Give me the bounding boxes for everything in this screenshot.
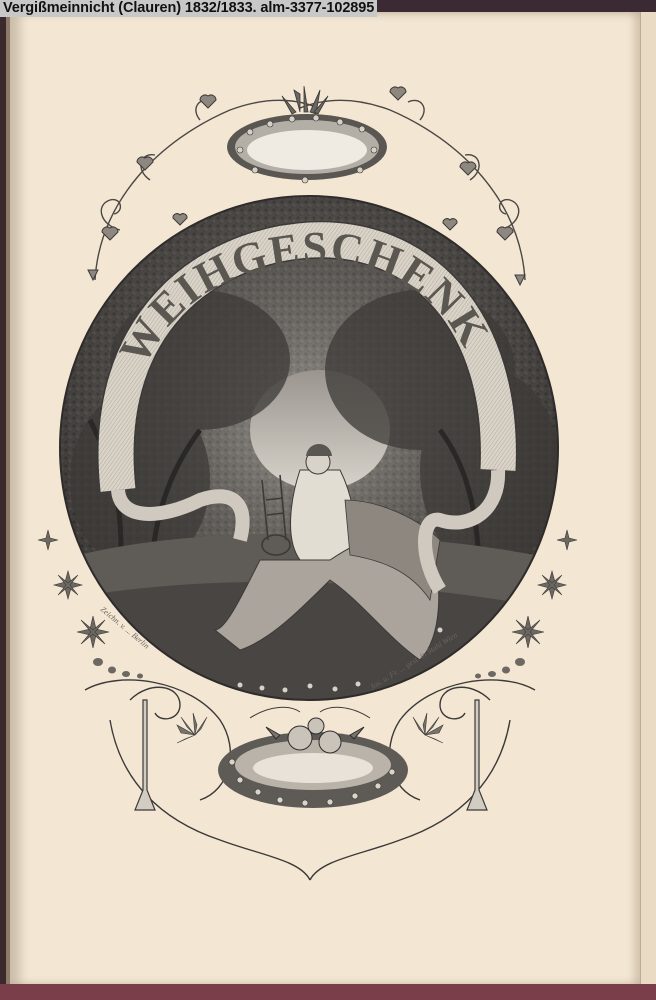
bottom-flower-wreath [218,707,408,808]
top-garland-cartouche [227,114,387,183]
scanned-page-view: WEIHGESCHENK Zeichn. v. ... Berlin Jos. … [0,0,656,1000]
engraved-plate: WEIHGESCHENK Zeichn. v. ... Berlin Jos. … [0,0,656,1000]
top-palmette-ornament [282,86,328,114]
image-caption: Vergißmeinnicht (Clauren) 1832/1833. alm… [0,0,377,17]
